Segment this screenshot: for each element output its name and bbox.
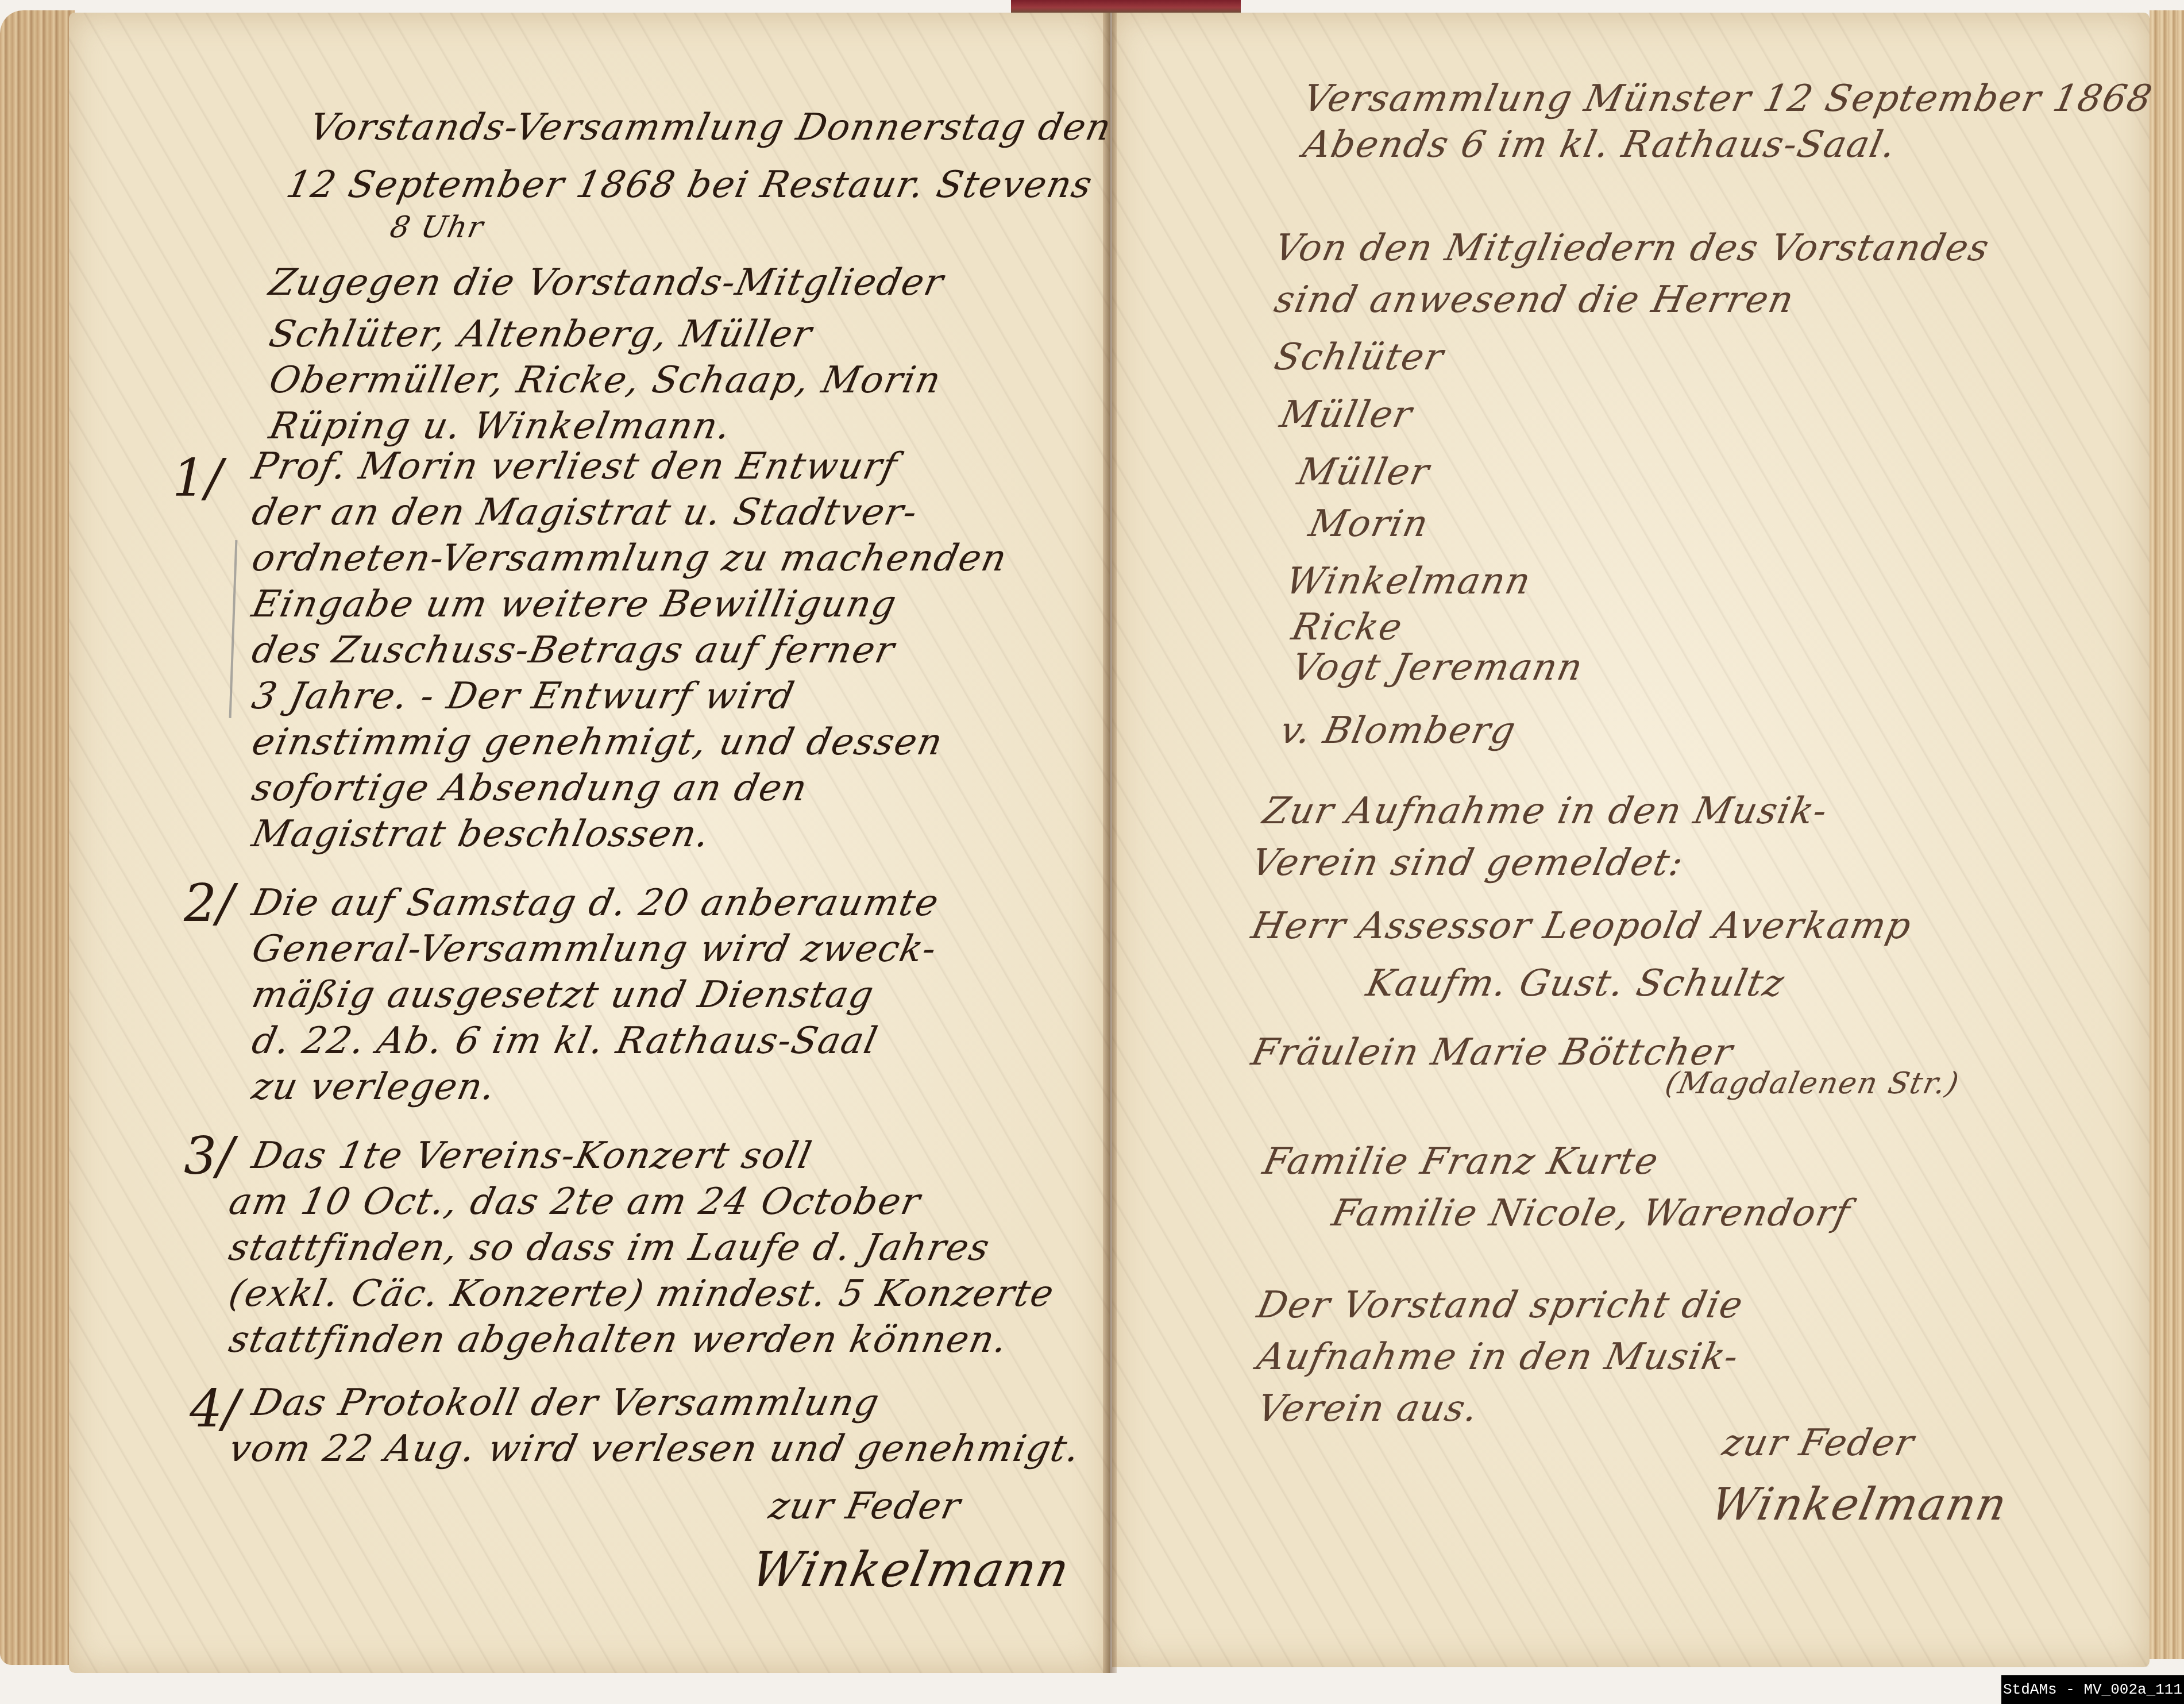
item-1-line-2: der an den Magistrat u. Stadtver- bbox=[249, 494, 921, 531]
item-1-line-8: sofortige Absendung an den bbox=[249, 770, 811, 807]
archive-label: StdAMs - MV_002a_111 bbox=[2001, 1675, 2184, 1704]
item-1-line-4: Eingabe um weitere Bewilligung bbox=[249, 586, 900, 623]
present-member: v. Blomberg bbox=[1277, 712, 1519, 749]
item-2-line-3: mäßig ausgesetzt und Dienstag bbox=[249, 977, 878, 1013]
item-2-line-5: zu verlegen. bbox=[249, 1069, 499, 1105]
membership-line-5: Fräulein Marie Böttcher bbox=[1248, 1034, 1737, 1071]
membership-line-6: (Magdalenen Str.) bbox=[1662, 1069, 1962, 1098]
item-4-line-1: Das Protokoll der Versammlung bbox=[249, 1385, 883, 1421]
item-number-4: 4/ bbox=[190, 1379, 240, 1439]
present-member: Schlüter bbox=[1271, 339, 1447, 376]
left-heading-time: 8 Uhr bbox=[387, 213, 487, 242]
membership-line-3: Herr Assessor Leopold Averkamp bbox=[1248, 908, 1915, 944]
present-member: Winkelmann bbox=[1283, 563, 1534, 600]
membership-line-1: Zur Aufnahme in den Musik- bbox=[1260, 793, 1831, 830]
attendance-line-2: Schlüter, Altenberg, Müller bbox=[266, 316, 816, 353]
resolution-line-1: Der Vorstand spricht die bbox=[1254, 1287, 1747, 1324]
attendance-line-3: Obermüller, Ricke, Schaap, Morin bbox=[266, 362, 945, 399]
membership-line-2: Verein sind gemeldet: bbox=[1248, 845, 1687, 881]
right-heading-line-1: Versammlung Münster 12 September 1868 bbox=[1300, 80, 2156, 117]
left-heading-line-1: Vorstands-Versammlung Donnerstag den bbox=[306, 109, 1115, 146]
item-3-line-3: stattfinden, so dass im Laufe d. Jahres bbox=[226, 1229, 993, 1266]
item-1-line-9: Magistrat beschlossen. bbox=[249, 816, 713, 853]
item-number-3: 3/ bbox=[184, 1126, 234, 1186]
item-3-line-2: am 10 Oct., das 2te am 24 October bbox=[226, 1183, 924, 1220]
item-1-line-5: des Zuschuss-Betrags auf ferner bbox=[249, 632, 898, 669]
resolution-line-3: Verein aus. bbox=[1254, 1390, 1482, 1427]
right-signature: Winkelmann bbox=[1707, 1482, 2012, 1527]
book-spread: Vorstands-Versammlung Donnerstag den 12 … bbox=[0, 0, 2184, 1704]
left-heading-line-2: 12 September 1868 bei Restaur. Stevens bbox=[283, 167, 1096, 203]
right-heading-line-2: Abends 6 im kl. Rathaus-Saal. bbox=[1300, 126, 1900, 163]
present-member: Müller bbox=[1294, 454, 1433, 491]
right-closing: zur Feder bbox=[1719, 1425, 1918, 1462]
present-member-corrected: Vogt Jeremann bbox=[1288, 649, 1587, 686]
present-member: Müller bbox=[1277, 396, 1416, 433]
item-1-line-1: Prof. Morin verliest den Entwurf bbox=[249, 448, 901, 485]
right-intro-line-2: sind anwesend die Herren bbox=[1271, 282, 1797, 318]
item-1-line-6: 3 Jahre. - Der Entwurf wird bbox=[249, 678, 798, 715]
item-2-line-1: Die auf Samstag d. 20 anberaumte bbox=[249, 885, 943, 922]
resolution-line-2: Aufnahme in den Musik- bbox=[1254, 1339, 1742, 1375]
item-3-line-4: (exkl. Cäc. Konzerte) mindest. 5 Konzert… bbox=[226, 1275, 1058, 1312]
attendance-line-4: Rüping u. Winkelmann. bbox=[266, 408, 735, 445]
item-2-line-4: d. 22. Ab. 6 im kl. Rathaus-Saal bbox=[249, 1023, 881, 1059]
item-4-line-2: vom 22 Aug. wird verlesen und genehmigt. bbox=[226, 1431, 1084, 1467]
left-signature: Winkelmann bbox=[747, 1545, 1074, 1594]
membership-line-4: Kaufm. Gust. Schultz bbox=[1363, 965, 1788, 1002]
item-1-line-7: einstimmig genehmigt, und dessen bbox=[249, 724, 946, 761]
item-number-1: 1/ bbox=[172, 448, 223, 508]
spine-gutter bbox=[1103, 13, 1117, 1673]
right-intro-line-1: Von den Mitgliedern des Vorstandes bbox=[1271, 230, 1993, 267]
item-2-line-2: General-Versammlung wird zweck- bbox=[249, 931, 940, 967]
binding-red-edge bbox=[1011, 0, 1241, 13]
membership-line-8: Familie Nicole, Warendorf bbox=[1329, 1195, 1854, 1232]
item-number-2: 2/ bbox=[184, 873, 234, 934]
page-edges-left bbox=[0, 10, 75, 1665]
page-edges-right bbox=[2150, 10, 2184, 1659]
item-3-line-5: stattfinden abgehalten werden können. bbox=[226, 1321, 1011, 1358]
item-3-line-1: Das 1te Vereins-Konzert soll bbox=[249, 1138, 815, 1174]
present-member: Morin bbox=[1306, 506, 1432, 542]
attendance-line-1: Zugegen die Vorstands-Mitglieder bbox=[266, 264, 947, 301]
left-closing: zur Feder bbox=[766, 1488, 964, 1525]
membership-line-7: Familie Franz Kurte bbox=[1260, 1143, 1662, 1180]
present-member: Ricke bbox=[1288, 609, 1406, 646]
item-1-line-3: ordneten-Versammlung zu machenden bbox=[249, 540, 1010, 577]
